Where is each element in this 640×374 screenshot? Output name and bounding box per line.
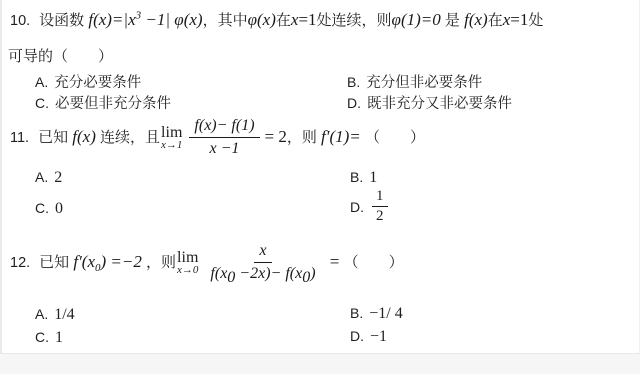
- question-12-stem-post: = （ ）: [326, 254, 404, 271]
- option-10-b-text: 充分但非必要条件: [366, 75, 482, 91]
- limit-operator: limx→0: [177, 250, 198, 276]
- option-11-b: B.1: [350, 169, 377, 187]
- limit-subscript: x→1: [161, 140, 182, 151]
- option-12-d-letter: D.: [350, 328, 364, 344]
- fraction-numerator: x: [254, 241, 271, 263]
- question-11-number: 11.: [10, 130, 29, 146]
- option-10-c: C.必要但非充分条件: [35, 92, 171, 113]
- option-12-b-letter: B.: [350, 305, 363, 321]
- option-12-a: A.1/4: [35, 306, 75, 324]
- question-10-stem-line2: 可导的（ ）: [8, 46, 113, 68]
- question-11-stem-post: = 2，则 f′(1)= （ ）: [265, 129, 426, 146]
- option-12-b: B.−1/ 4: [350, 305, 403, 323]
- option-11-d-letter: D.: [350, 199, 364, 215]
- option-10-a: A.充分必要条件: [35, 71, 141, 92]
- option-11-c-letter: C.: [35, 200, 49, 216]
- option-12-d: D.−1: [350, 328, 387, 346]
- option-10-a-letter: A.: [35, 74, 48, 90]
- question-10-number: 10.: [10, 13, 30, 29]
- option-10-b-letter: B.: [347, 74, 360, 90]
- option-11-c: C.0: [35, 200, 63, 218]
- page-bottom-margin: [0, 353, 640, 374]
- option-11-a: A.2: [35, 169, 62, 187]
- option-12-c: C.1: [35, 329, 63, 347]
- fraction-denominator: f(x0 −2x)− f(x0): [205, 263, 320, 284]
- fraction-numerator: f(x)− f(1): [189, 116, 259, 138]
- option-12-a-letter: A.: [35, 306, 48, 322]
- fraction-denominator: 2: [372, 207, 388, 225]
- fraction: f(x)− f(1)x −1: [189, 116, 259, 159]
- question-10-stem-text: 设函数 f(x)=|x3 −1| φ(x)，其中φ(x)在x=1处连续，则φ(1…: [39, 12, 543, 29]
- option-10-b: B.充分但非必要条件: [347, 71, 482, 92]
- option-10-d-letter: D.: [347, 95, 361, 111]
- option-12-b-text: −1/ 4: [369, 305, 402, 322]
- question-12-stem: 12.已知 f′(x0) =−2 ，则limx→0xf(x0 −2x)− f(x…: [10, 241, 404, 284]
- page-left-edge: [0, 0, 2, 374]
- option-10-d-text: 既非充分又非必要条件: [367, 96, 512, 112]
- limit-word: lim: [177, 250, 198, 265]
- limit-word: lim: [161, 125, 182, 140]
- option-11-b-letter: B.: [350, 169, 363, 185]
- option-10-c-text: 必要但非充分条件: [55, 96, 171, 112]
- question-12-stem-pre: 已知 f′(x0) =−2 ，则: [39, 254, 176, 271]
- option-11-c-text: 0: [55, 200, 63, 217]
- question-11-stem-pre: 已知 f(x) 连续，且: [38, 129, 160, 146]
- question-11-stem: 11.已知 f(x) 连续，且limx→1f(x)− f(1)x −1= 2，则…: [10, 116, 425, 159]
- option-11-d: D.12: [350, 188, 388, 225]
- option-11-a-letter: A.: [35, 169, 48, 185]
- fraction-denominator: x −1: [205, 138, 245, 159]
- question-12-number: 12.: [10, 255, 30, 271]
- option-12-c-text: 1: [55, 329, 63, 346]
- option-12-c-letter: C.: [35, 329, 49, 345]
- option-11-b-text: 1: [369, 169, 377, 186]
- option-11-d-fraction: 12: [372, 188, 388, 225]
- option-10-d: D.既非充分又非必要条件: [347, 92, 512, 113]
- option-12-a-text: 1/4: [54, 306, 74, 323]
- fraction-numerator: 1: [372, 188, 388, 207]
- limit-operator: limx→1: [161, 125, 182, 151]
- fraction: xf(x0 −2x)− f(x0): [205, 241, 320, 284]
- option-10-c-letter: C.: [35, 95, 49, 111]
- option-11-a-text: 2: [54, 169, 62, 186]
- question-10-stem-line1: 10.设函数 f(x)=|x3 −1| φ(x)，其中φ(x)在x=1处连续，则…: [10, 6, 543, 35]
- limit-subscript: x→0: [177, 265, 198, 276]
- option-10-a-text: 充分必要条件: [54, 75, 141, 91]
- option-12-d-text: −1: [370, 328, 387, 345]
